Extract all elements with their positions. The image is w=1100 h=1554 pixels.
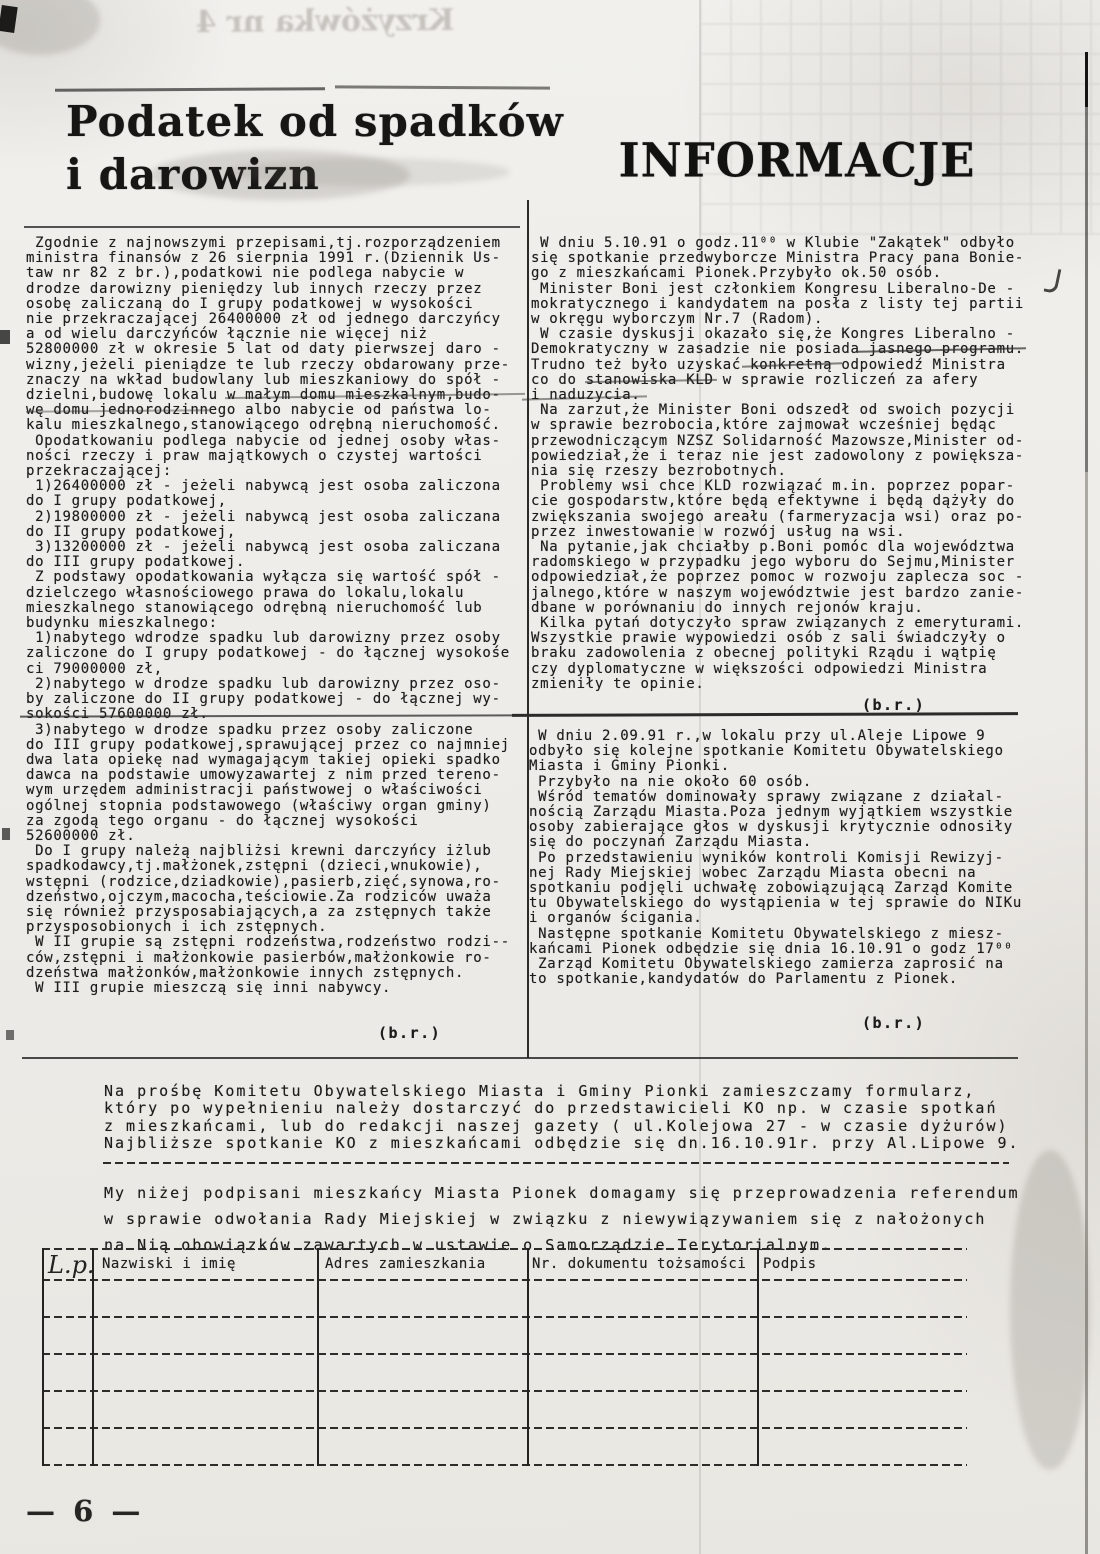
table-line bbox=[42, 1464, 967, 1466]
dashed-separator bbox=[103, 1162, 1009, 1164]
left-article-title: Podatek od spadków i darowizn bbox=[66, 95, 564, 201]
bottom-section-rule bbox=[22, 1057, 1018, 1059]
crossword-bleedthrough-grid bbox=[700, 0, 1100, 235]
table-header-id-document: Nr. dokumentu tożsamości bbox=[532, 1256, 746, 1272]
table-header-address: Adres zamieszkania bbox=[325, 1256, 486, 1272]
right-article1-body: W dniu 5.10.91 o godz.11⁰⁰ w Klubie "Zak… bbox=[531, 236, 1024, 692]
right-article2-body: W dniu 2.09.91 r.,w lokalu przy ul.Aleje… bbox=[529, 729, 1022, 987]
newspaper-page: Krzyżówka nr 4 Podatek od spadków i daro… bbox=[0, 0, 1100, 1554]
informacje-header: INFORMACJE bbox=[612, 133, 982, 188]
scan-page-edge bbox=[1085, 52, 1088, 1554]
headline-top-rule bbox=[335, 85, 550, 89]
signature-row bbox=[42, 1316, 967, 1353]
left-article-byline: (b.r.) bbox=[378, 1024, 441, 1042]
left-article-title-line1: Podatek od spadków bbox=[66, 95, 564, 148]
edge-mark bbox=[0, 330, 10, 344]
table-header-lp: L.p. bbox=[48, 1251, 95, 1279]
edge-mark bbox=[2, 828, 10, 840]
form-intro-text: Na prośbę Komitetu Obywatelskiego Miasta… bbox=[104, 1083, 1020, 1152]
signature-row bbox=[42, 1427, 967, 1464]
signature-row bbox=[42, 1353, 967, 1390]
pen-hook-mark bbox=[1044, 267, 1062, 294]
petition-text: My niżej podpisani mieszkańcy Miasta Pio… bbox=[104, 1180, 1020, 1258]
bleedthrough-mirrored-title: Krzyżówka nr 4 bbox=[110, 2, 540, 41]
page-number: — 6 — bbox=[26, 1494, 144, 1528]
signature-row bbox=[42, 1390, 967, 1427]
article-divider-rule bbox=[512, 712, 1018, 717]
table-header-signature: Podpis bbox=[763, 1256, 817, 1272]
table-line bbox=[42, 1248, 967, 1250]
table-header-name: Nazwiski i imię bbox=[102, 1256, 236, 1272]
signature-row bbox=[42, 1279, 967, 1316]
left-column-top-rule bbox=[24, 226, 520, 228]
scan-smudge bbox=[1010, 1150, 1090, 1470]
headline-top-rule bbox=[55, 87, 325, 91]
pencil-smudge bbox=[230, 158, 510, 186]
page-number-value: 6 bbox=[73, 1494, 97, 1528]
right-article1-byline: (b.r.) bbox=[862, 696, 925, 714]
edge-mark bbox=[6, 1030, 14, 1040]
right-article2-byline: (b.r.) bbox=[862, 1014, 925, 1032]
left-article-body: Zgodnie z najnowszymi przepisami,tj.rozp… bbox=[26, 236, 510, 996]
